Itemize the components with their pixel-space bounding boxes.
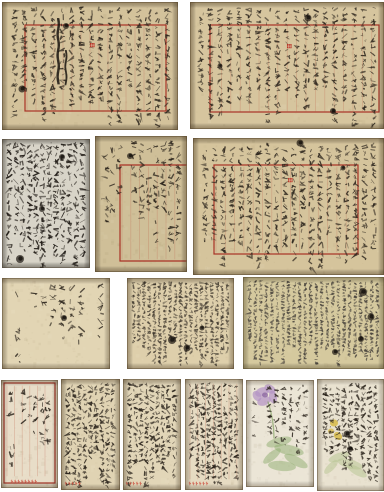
manuscript-page-row4-page2: [61, 379, 120, 490]
manuscript-page-row4-page3: [123, 379, 181, 490]
manuscript-page-row4-page4: [185, 379, 243, 490]
manuscript-page-row2-page2: [95, 136, 187, 272]
manuscript-collage: [0, 0, 384, 492]
manuscript-page-row4-page1: [1, 380, 58, 488]
manuscript-page-row4-page6: [317, 379, 384, 491]
manuscript-page-row2-page3: [193, 138, 384, 275]
manuscript-page-row3-page2: [127, 278, 234, 369]
manuscript-page-row3-page3: [243, 277, 384, 369]
manuscript-page-row1-page1: [2, 2, 178, 130]
manuscript-page-row3-page1: [2, 278, 110, 369]
manuscript-page-row1-page2: [190, 2, 384, 129]
manuscript-page-row4-page5: [246, 380, 314, 487]
manuscript-page-row2-page1: [2, 139, 90, 268]
